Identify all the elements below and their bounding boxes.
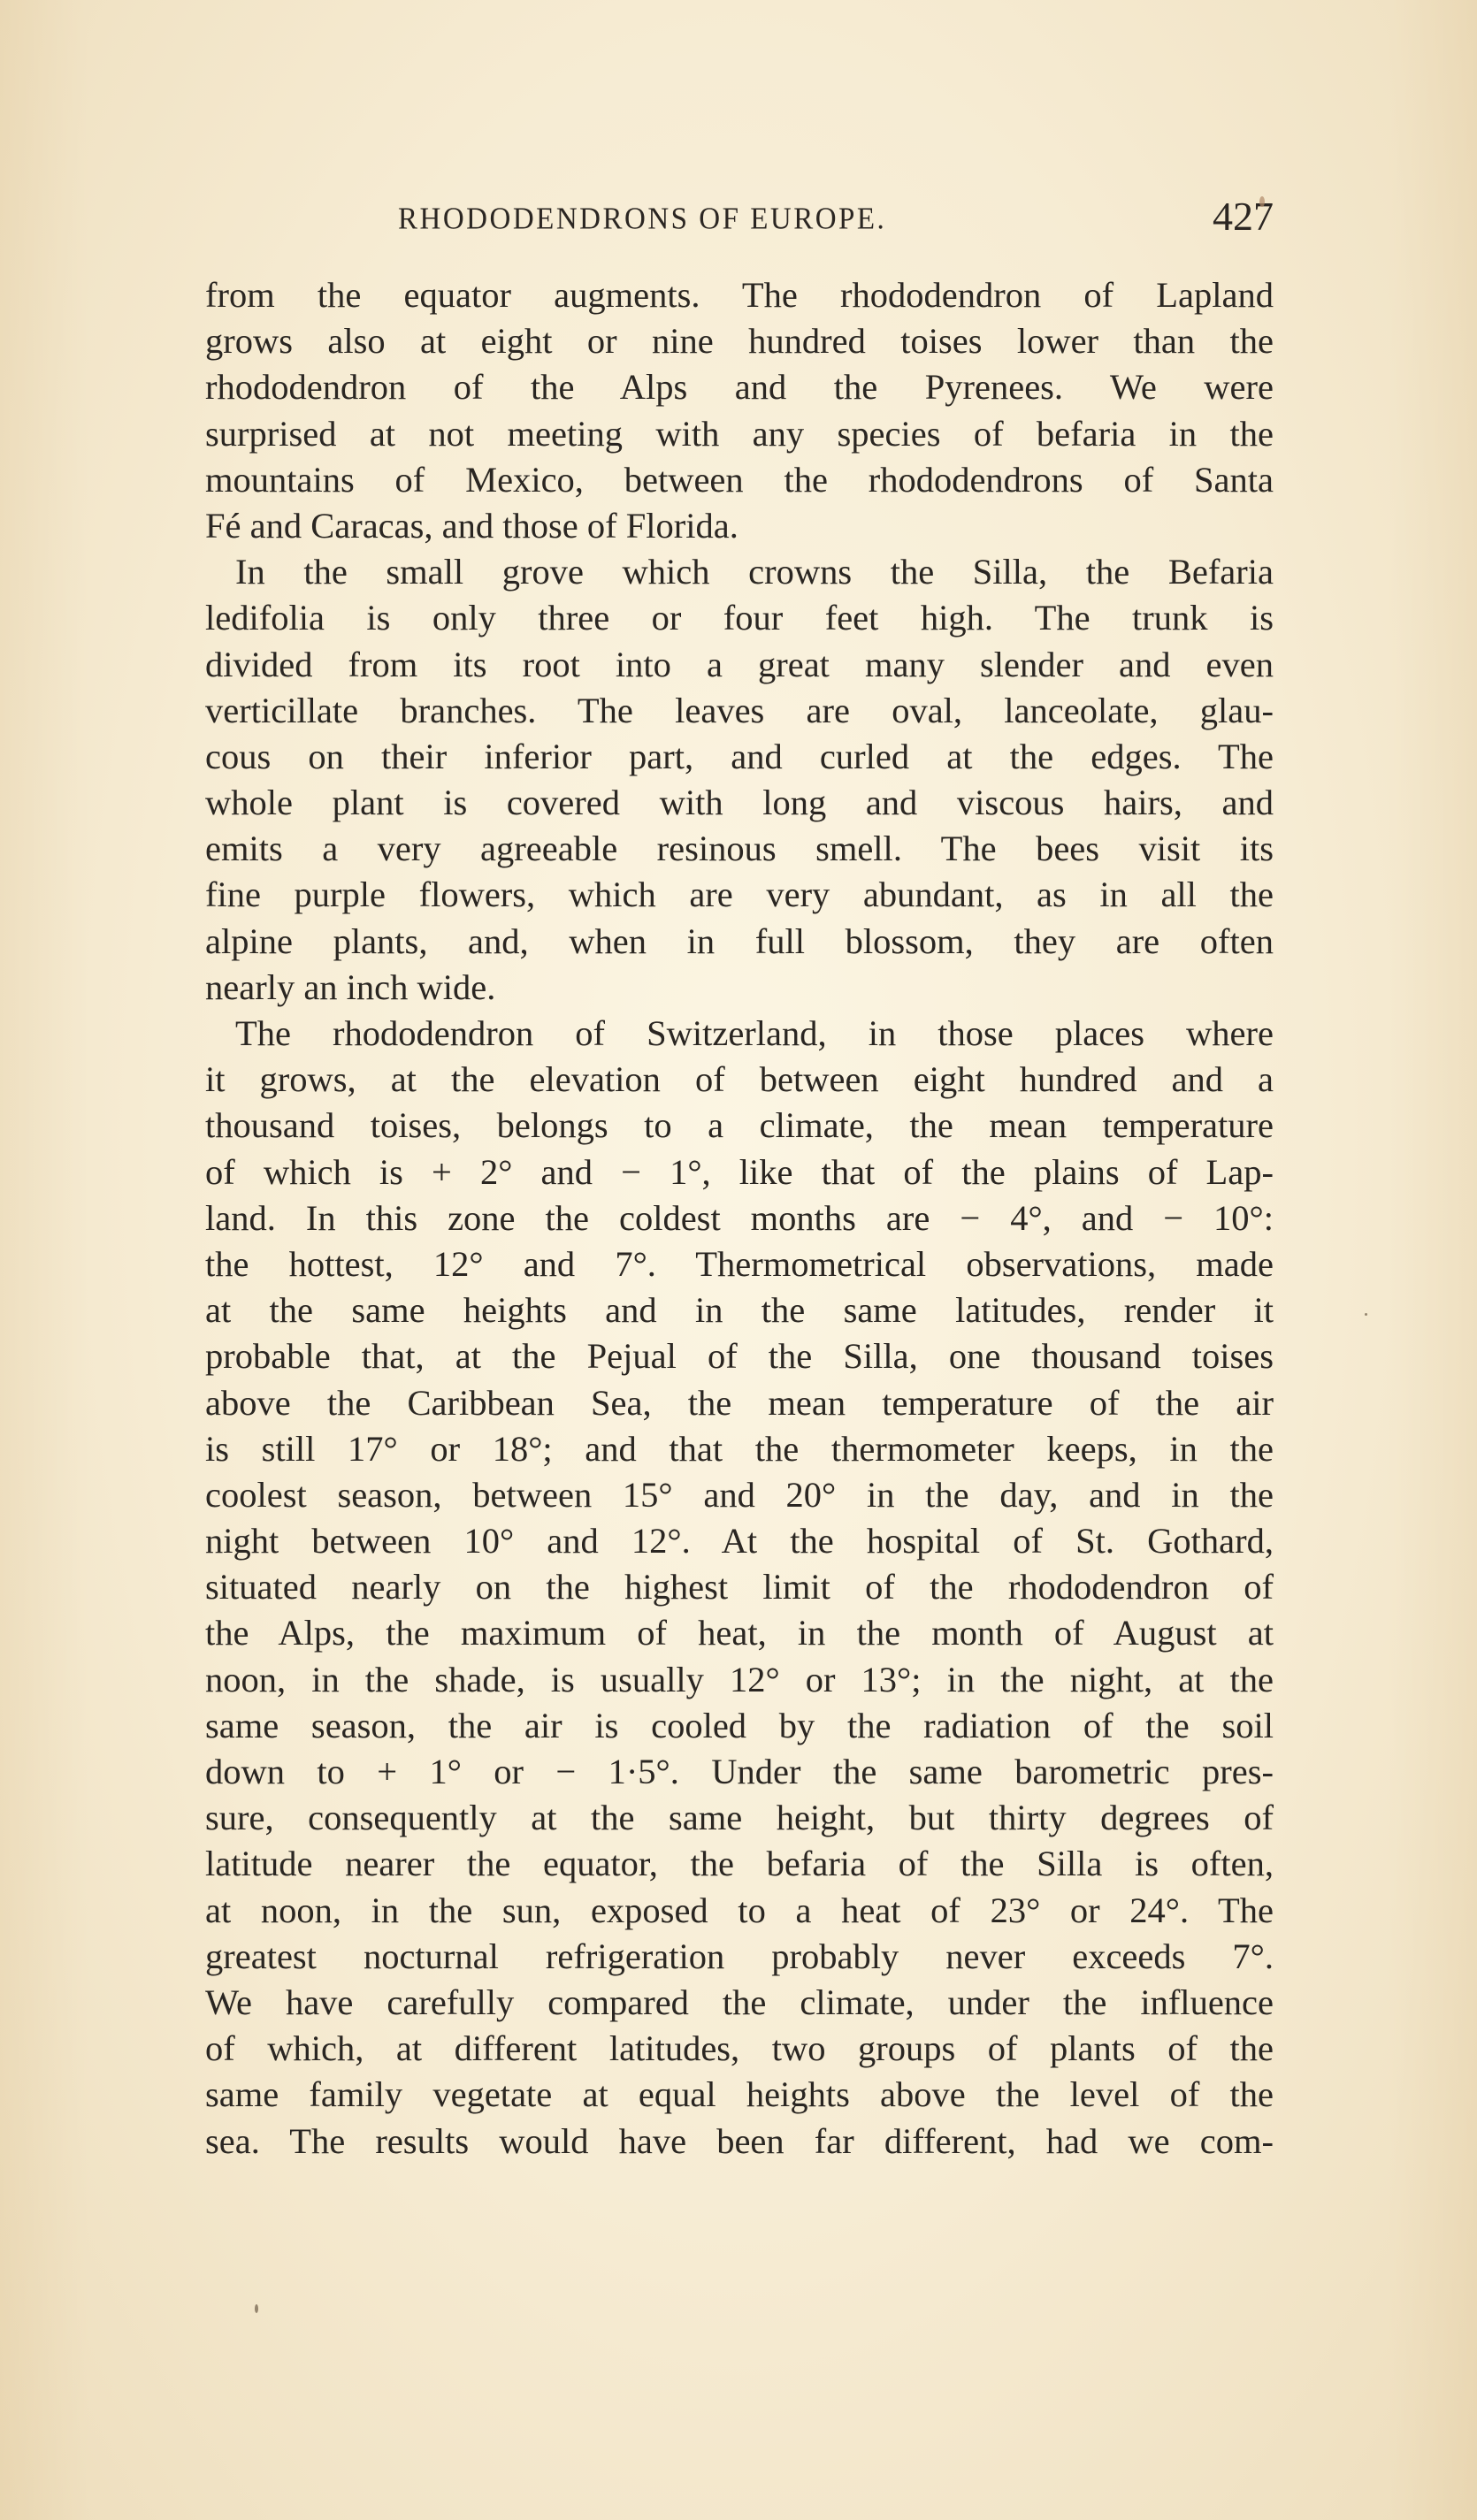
text-line: rhododendron of the Alps and the Pyrenee…: [205, 364, 1274, 410]
text-line: whole plant is covered with long and vis…: [205, 780, 1274, 826]
running-head-title: RHODODENDRONS OF EUROPE.: [398, 202, 886, 237]
paragraph: The rhododendron of Switzerland, in thos…: [205, 1011, 1274, 2165]
text-line: at noon, in the sun, exposed to a heat o…: [205, 1888, 1274, 1934]
text-line: sure, consequently at the same height, b…: [205, 1795, 1274, 1841]
text-line: grows also at eight or nine hundred tois…: [205, 318, 1274, 364]
text-line: situated nearly on the highest limit of …: [205, 1564, 1274, 1610]
text-line: divided from its root into a great many …: [205, 642, 1274, 688]
text-line: from the equator augments. The rhododend…: [205, 272, 1274, 318]
text-line: thousand toises, belongs to a climate, t…: [205, 1103, 1274, 1149]
text-line: above the Caribbean Sea, the mean temper…: [205, 1380, 1274, 1426]
text-line: verticillate branches. The leaves are ov…: [205, 688, 1274, 734]
text-line: land. In this zone the coldest months ar…: [205, 1195, 1274, 1241]
paper-speck: [255, 2304, 258, 2313]
text-line: mountains of Mexico, between the rhodode…: [205, 457, 1274, 503]
text-line: of which is + 2° and − 1°, like that of …: [205, 1149, 1274, 1195]
paragraph: In the small grove which crowns the Sill…: [205, 549, 1274, 1011]
text-line: same season, the air is cooled by the ra…: [205, 1703, 1274, 1749]
text-line: The rhododendron of Switzerland, in thos…: [205, 1011, 1274, 1057]
text-line: night between 10° and 12°. At the hospit…: [205, 1518, 1274, 1564]
text-line: fine purple flowers, which are very abun…: [205, 872, 1274, 918]
text-line: is still 17° or 18°; and that the thermo…: [205, 1426, 1274, 1472]
text-line: Fé and Caracas, and those of Florida.: [205, 503, 1274, 549]
text-line: the Alps, the maximum of heat, in the mo…: [205, 1610, 1274, 1656]
text-line: cous on their inferior part, and curled …: [205, 734, 1274, 780]
book-page: RHODODENDRONS OF EUROPE. 427 from the eq…: [0, 0, 1477, 2520]
text-line: of which, at different latitudes, two gr…: [205, 2026, 1274, 2072]
text-line: it grows, at the elevation of between ei…: [205, 1057, 1274, 1103]
text-line: latitude nearer the equator, the befaria…: [205, 1841, 1274, 1887]
text-line: sea. The results would have been far dif…: [205, 2119, 1274, 2165]
text-line: noon, in the shade, is usually 12° or 13…: [205, 1657, 1274, 1703]
running-head: RHODODENDRONS OF EUROPE. 427: [202, 193, 1274, 246]
paragraph: from the equator augments. The rhododend…: [205, 272, 1274, 549]
text-line: probable that, at the Pejual of the Sill…: [205, 1333, 1274, 1379]
text-line: at the same heights and in the same lati…: [205, 1287, 1274, 1333]
text-line: surprised at not meeting with any specie…: [205, 411, 1274, 457]
text-line: same family vegetate at equal heights ab…: [205, 2072, 1274, 2118]
text-line: down to + 1° or − 1·5°. Under the same b…: [205, 1749, 1274, 1795]
text-line: We have carefully compared the climate, …: [205, 1980, 1274, 2026]
body-text: from the equator augments. The rhododend…: [205, 272, 1274, 2165]
text-line: the hottest, 12° and 7°. Thermometrical …: [205, 1241, 1274, 1287]
paper-speck: [1259, 196, 1265, 207]
text-line: ledifolia is only three or four feet hig…: [205, 595, 1274, 641]
text-line: nearly an inch wide.: [205, 965, 1274, 1011]
text-line: In the small grove which crowns the Sill…: [205, 549, 1274, 595]
text-line: coolest season, between 15° and 20° in t…: [205, 1472, 1274, 1518]
text-line: alpine plants, and, when in full blossom…: [205, 919, 1274, 965]
paper-speck: [1365, 1313, 1367, 1316]
text-line: emits a very agreeable resinous smell. T…: [205, 826, 1274, 872]
text-line: greatest nocturnal refrigeration probabl…: [205, 1934, 1274, 1980]
